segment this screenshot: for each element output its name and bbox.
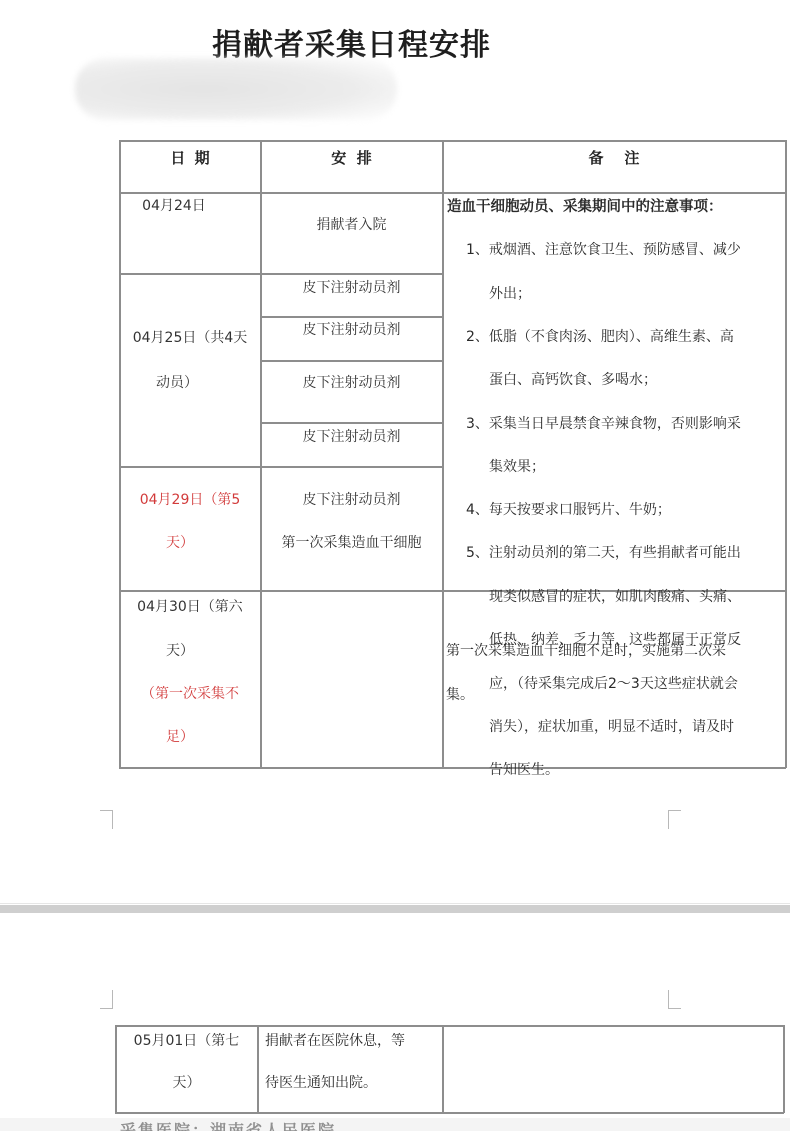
table-border-left — [119, 140, 121, 768]
table-border-bottom — [115, 1112, 784, 1114]
note-line: 蛋白、高钙饮食、多喝水； — [489, 370, 657, 390]
note-line: 4、每天按要求口服钙片、牛奶； — [466, 500, 671, 520]
arrangement-cell: 皮下注射动员剂 — [261, 490, 442, 510]
note-line: 3、采集当日早晨禁食辛辣食物，否则影响采 — [466, 414, 741, 434]
note-line: 外出； — [489, 284, 531, 304]
notes-heading: 造血干细胞动员、采集期间中的注意事项： — [447, 197, 723, 217]
arrangement-cell: 待医生通知出院。 — [265, 1073, 377, 1093]
margin-corner-mark — [100, 990, 113, 1009]
row-divider — [260, 360, 442, 362]
date-note-highlighted: （第一次采集不 — [120, 684, 260, 704]
arrangement-cell: 第一次采集造血干细胞 — [261, 533, 442, 553]
column-divider — [257, 1025, 259, 1113]
header-remarks: 备 注 — [443, 148, 785, 168]
date-cell-highlighted: 04月29日（第5 — [120, 490, 260, 510]
note-line: 告知医生。 — [489, 760, 559, 780]
table-border-top — [119, 140, 786, 142]
table-border-right — [785, 140, 787, 768]
note-line: 集效果； — [489, 457, 545, 477]
arrangement-cell: 皮下注射动员剂 — [261, 320, 442, 340]
column-divider — [442, 140, 444, 768]
arrangement-cell: 皮下注射动员剂 — [261, 373, 442, 393]
page-break-edge — [0, 903, 790, 904]
arrangement-cell: 捐献者在医院休息，等 — [265, 1031, 405, 1051]
date-cell-highlighted: 天） — [120, 533, 240, 553]
table-border-right — [783, 1025, 785, 1113]
table-border-bottom — [119, 767, 786, 769]
row-divider — [119, 466, 442, 468]
note-line: 1、戒烟酒、注意饮食卫生、预防感冒、减少 — [466, 240, 741, 260]
header-date: 日 期 — [120, 148, 260, 168]
bottom-shade — [0, 1118, 790, 1131]
note-line: 低热、纳差、乏力等，这些都属于正常反 — [489, 630, 741, 650]
header-arrangement: 安 排 — [261, 148, 442, 168]
arrangement-cell: 捐献者入院 — [261, 215, 442, 235]
date-cell: 天） — [116, 1073, 257, 1093]
date-cell: 04月30日（第六 — [120, 597, 260, 617]
arrangement-cell: 皮下注射动员剂 — [261, 427, 442, 447]
header-divider — [119, 192, 786, 194]
note-line: 5、注射动员剂的第二天，有些捐献者可能出 — [466, 543, 741, 563]
margin-corner-mark — [100, 810, 113, 829]
date-cell: 动员） — [120, 373, 234, 393]
margin-corner-mark — [668, 810, 681, 829]
note-line: 消失），症状加重，明显不适时，请及时 — [489, 717, 734, 737]
date-cell: 04月25日（共4天 — [120, 328, 260, 348]
date-cell: 天） — [120, 641, 240, 661]
arrangement-cell: 皮下注射动员剂 — [261, 278, 442, 298]
remark-cell: 集。 — [446, 685, 474, 705]
note-line: 2、低脂（不食肉汤、肥肉）、高维生素、高 — [466, 327, 734, 347]
date-cell: 04月24日 — [120, 196, 228, 216]
date-cell: 05月01日（第七 — [116, 1031, 257, 1051]
row-divider — [119, 273, 442, 275]
margin-corner-mark — [668, 990, 681, 1009]
note-line: 应，（待采集完成后2～3天这些症状就会 — [489, 674, 738, 694]
row-divider — [260, 422, 442, 424]
remark-cell-empty — [443, 1026, 783, 1112]
note-line: 现类似感冒的症状，如肌肉酸痛、头痛、 — [489, 587, 741, 607]
row-divider — [260, 316, 442, 318]
page-break — [0, 905, 790, 913]
redacted-area — [75, 58, 397, 120]
date-note-highlighted: 足） — [120, 727, 240, 747]
